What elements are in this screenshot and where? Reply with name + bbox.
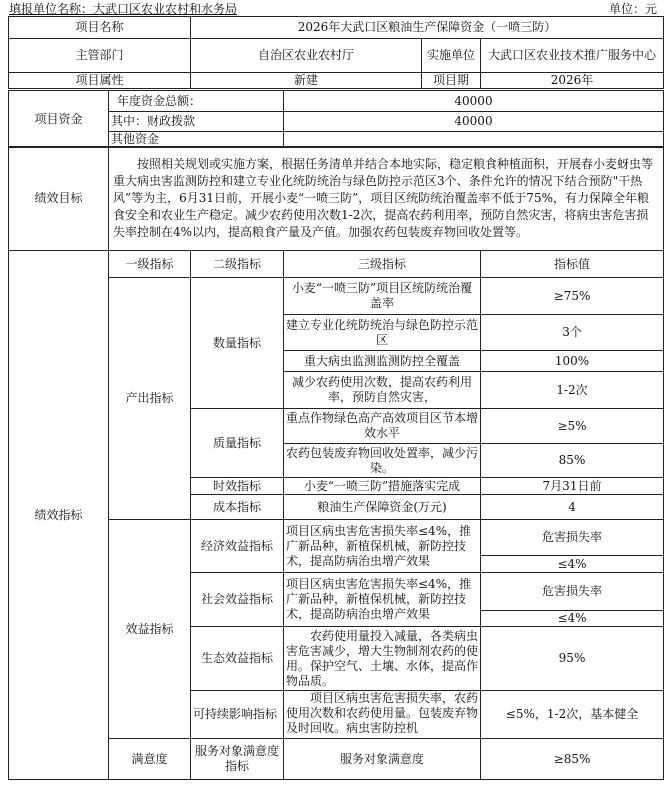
indicator-name: 项目区病虫害危害损失率≤4%，推广新品种，新植保机械，新防控技术，提高防病治虫增…: [284, 573, 481, 627]
cost-label: 成本指标: [191, 495, 284, 520]
header-level3: 三级指标: [284, 251, 481, 278]
indicator-name: 项目区病虫害危害损失率，农药使用次数和农药使用量。包装废弃物及时回收。病虫害防控…: [284, 691, 481, 739]
header-value: 指标值: [481, 251, 664, 278]
satisfaction-label: 满意度: [109, 739, 191, 780]
funding-fiscal-label: 其中：财政拨款: [109, 112, 284, 132]
timeliness-label: 时效指标: [191, 478, 284, 495]
indicator-name: 减少农药使用次数，提高农药利用率，预防自然灾害，: [284, 372, 481, 409]
indicator-value: ≥75%: [481, 278, 664, 315]
indicator-value-top: 危害损失率: [481, 520, 664, 556]
goal-text: 按照相关规划或实施方案，根据任务清单并结合本地实际，稳定粮食种植面积，开展春小麦…: [109, 147, 664, 251]
indicator-name: 小麦“一喷三防”措施落实完成: [284, 478, 481, 495]
indicator-name: 项目区病虫害危害损失率≤4%，推广新品种，新植保机械，新防控技术，提高防病治虫增…: [284, 520, 481, 573]
project-info-table: 项目名称 2026年大武口区粮油生产保障资金（一喷三防） 主管部门 自治区农业农…: [8, 16, 664, 89]
quality-label: 质量指标: [191, 409, 284, 478]
indicator-value: ≥85%: [481, 739, 664, 780]
indicator-value-top: 危害损失率: [481, 573, 664, 611]
indicator-name: 重大病虫监测监测防控全覆盖: [284, 351, 481, 372]
project-name-value: 2026年大武口区粮油生产保障资金（一喷三防）: [191, 17, 664, 39]
sustainable-label: 可持续影响指标: [191, 691, 284, 739]
indicator-name: 建立专业化统防统治与绿色防控示范区: [284, 315, 481, 351]
dept-value: 自治区农业农村厅: [191, 39, 422, 73]
ecological-label: 生态效益指标: [191, 627, 284, 691]
funding-total-label: 年度资金总额：: [109, 91, 284, 112]
indicator-value: ≥5%: [481, 409, 664, 444]
impl-label: 实施单位: [422, 39, 481, 73]
goal-label: 绩效目标: [9, 147, 109, 251]
indicator-value: 1-2次: [481, 372, 664, 409]
attr-value: 新建: [191, 73, 422, 89]
period-label: 项目期: [422, 73, 481, 89]
dept-label: 主管部门: [9, 39, 191, 73]
indicator-value: 7月31日前: [481, 478, 664, 495]
indicator-value: 85%: [481, 444, 664, 478]
currency-unit: 单位：元: [609, 2, 657, 16]
indicator-value: 4: [481, 495, 664, 520]
indicator-value-bottom: ≤4%: [481, 556, 664, 573]
benefit-label: 效益指标: [109, 520, 191, 739]
period-value: 2026年: [481, 73, 664, 89]
funding-fiscal-value: 40000: [284, 112, 664, 132]
indicator-value: 95%: [481, 627, 664, 691]
impl-value: 大武口区农业技术推广服务中心: [481, 39, 664, 73]
indicator-value: ≤5%，1-2次，基本健全: [481, 691, 664, 739]
economic-label: 经济效益指标: [191, 520, 284, 573]
header-level2: 二级指标: [191, 251, 284, 278]
social-label: 社会效益指标: [191, 573, 284, 627]
indicator-name: 小麦“一喷三防”项目区统防统治覆盖率: [284, 278, 481, 315]
indicator-value: 3个: [481, 315, 664, 351]
indicator-value: 100%: [481, 351, 664, 372]
header-level1: 一级指标: [109, 251, 191, 278]
indicators-label: 绩效指标: [9, 251, 109, 780]
funding-label: 项目资金: [9, 91, 109, 148]
output-label: 产出指标: [109, 278, 191, 520]
indicator-name: 农药使用量投入减量，各类病虫害危害减少，增大生物制剂农药的使用。保护空气、土壤、…: [284, 627, 481, 691]
performance-table: 绩效目标 按照相关规划或实施方案，根据任务清单并结合本地实际，稳定粮食种植面积，…: [8, 146, 664, 780]
project-name-label: 项目名称: [9, 17, 191, 39]
funding-total-value: 40000: [284, 91, 664, 112]
indicator-value-bottom: ≤4%: [481, 611, 664, 627]
quantity-label: 数量指标: [191, 278, 284, 409]
satisfaction-sub-label: 服务对象满意度指标: [191, 739, 284, 780]
indicator-name: 服务对象满意度: [284, 739, 481, 780]
attr-label: 项目属性: [9, 73, 191, 89]
indicator-name: 农药包装废弃物回收处置率，减少污染。: [284, 444, 481, 478]
indicator-name: 重点作物绿色高产高效项目区节本增效水平: [284, 409, 481, 444]
report-header: 填报单位名称：大武口区农业农村和水务局 单位：元: [9, 2, 657, 16]
indicator-name: 粮油生产保障资金(万元): [284, 495, 481, 520]
reporting-unit: 填报单位名称：大武口区农业农村和水务局: [9, 2, 237, 16]
funding-table: 项目资金 年度资金总额： 40000 其中：财政拨款 40000 其他资金: [8, 90, 664, 148]
